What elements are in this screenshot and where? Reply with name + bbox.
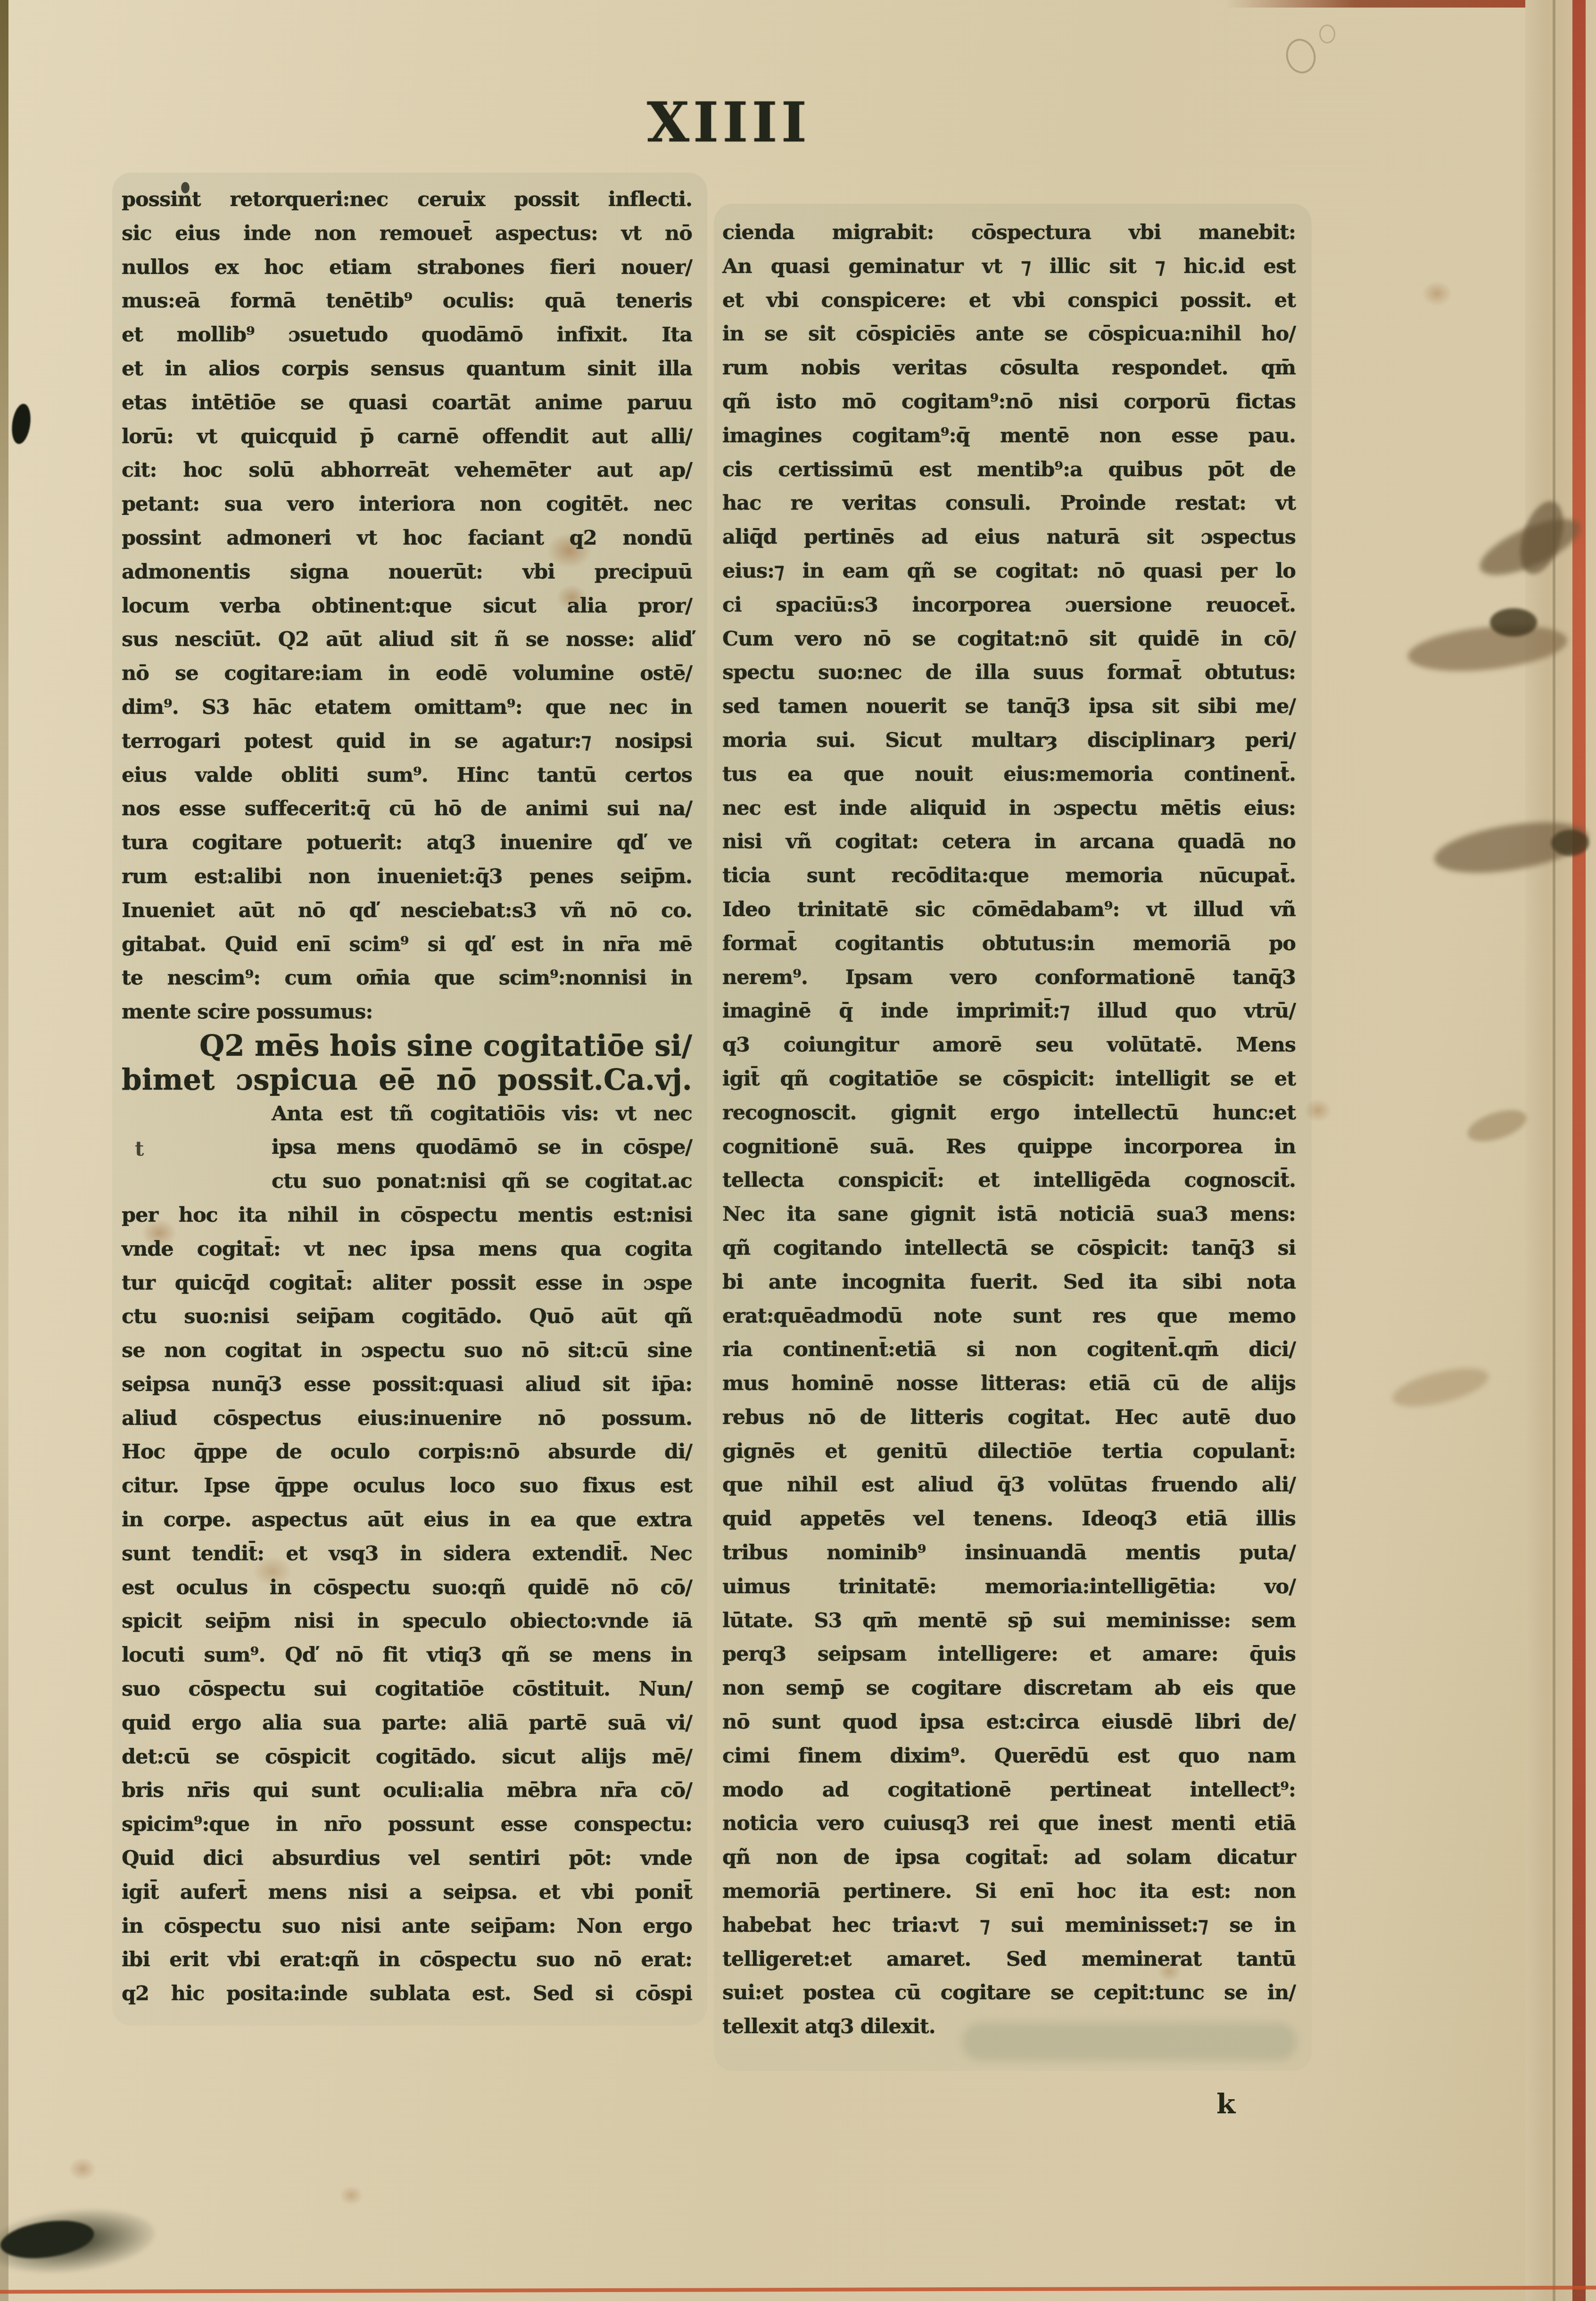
text-line: ctu suo ponat:nisi qñ se cogitat.ac <box>122 1165 692 1199</box>
text-line: spectu suo:nec de illa suus format̄ obtu… <box>722 656 1296 690</box>
text-line: ticia sunt recōdita:que memoria nūcupat̄… <box>722 859 1296 893</box>
text-line: et vbi conspicere: et vbi conspici possi… <box>722 284 1296 318</box>
text-line: mus:eā formā tenētib⁹ oculis: quā teneri… <box>122 284 692 318</box>
text-line: format̄ cogitantis obtutus:in memoriā po <box>722 927 1296 961</box>
text-line: qñ isto mō cogitam⁹:nō nisi corporū fict… <box>722 385 1296 419</box>
text-line: rum est:alibi non inueniet:q̄3 penes sei… <box>122 860 692 894</box>
text-line: gitabat. Quid enī scim⁹ si qď est in nr̄… <box>122 928 692 962</box>
text-line: cimi finem dixim⁹. Querēdū est quo nam <box>722 1739 1296 1773</box>
text-line: cognitionē suā. Res quippe incorporea in <box>722 1130 1296 1164</box>
text-line: telligeret:et amaret. Sed meminerat tant… <box>722 1943 1296 1977</box>
text-line: possint retorqueri:nec ceruix possit inf… <box>122 183 692 217</box>
text-line: quid ergo alia sua parte: aliā partē suā… <box>122 1706 692 1740</box>
text-line: Hoc q̄ppe de oculo corpis:nō absurde di/ <box>122 1435 692 1469</box>
stain <box>339 2185 363 2205</box>
text-line: admonentis signa nouerūt: vbi precipuū <box>122 555 692 589</box>
text-line: eius valde obliti sum⁹. Hinc tantū certo… <box>122 759 692 793</box>
text-line: locum verba obtinent:que sicut alia pror… <box>122 589 692 623</box>
text-line: tur quicq̄d cogitat̄: aliter possit esse… <box>122 1266 692 1300</box>
text-line: nullos ex hoc etiam strabones fieri noue… <box>122 251 692 285</box>
text-line: petant: sua vero interiora non cogitēt. … <box>122 488 692 521</box>
ring-mark <box>1282 36 1319 77</box>
text-line: non semp̄ se cogitare discretam ab eis q… <box>722 1672 1296 1705</box>
text-line: erat:quēadmodū note sunt res que memo <box>722 1299 1296 1333</box>
text-line: ipsa mens quodāmō se in cōspe/ <box>122 1131 692 1165</box>
text-line: que nihil est aliud q̄3 volūtas fruendo … <box>722 1468 1296 1502</box>
text-line: et mollib⁹ ɔsuetudo quodāmō infixit. Ita <box>122 318 692 352</box>
binding-edge-left <box>0 0 8 2301</box>
fore-edge-pages <box>1525 0 1596 2301</box>
text-line: tellecta conspicit̄: et intelligēda cogn… <box>722 1164 1296 1198</box>
text-line: aliud cōspectus eius:inuenire nō possum. <box>122 1402 692 1436</box>
text-line: sic eius inde non remouet̄ aspectus: vt … <box>122 217 692 251</box>
text-line: bimet ɔspicua eē nō possit.Ca.vj. <box>122 1063 692 1097</box>
text-line: vnde cogitat̄: vt nec ipsa mens qua cogi… <box>122 1233 692 1266</box>
text-line: det:cū se cōspicit cogitādo. sicut alijs… <box>122 1740 692 1774</box>
text-line: Cum vero nō se cogitat:nō sit quidē in c… <box>722 622 1296 656</box>
text-line: dim⁹. S3 hāc etatem omittam⁹: que nec in <box>122 691 692 725</box>
text-line: ria continent̄:etiā si non cogitent̄.qm̄… <box>722 1333 1296 1367</box>
stain <box>68 2157 97 2181</box>
text-line: in corpe. aspectus aūt eius in ea que ex… <box>122 1503 692 1537</box>
text-line: te nescim⁹: cum om̄ia que scim⁹:nonnisi … <box>122 961 692 995</box>
text-line: possint admoneri vt hoc faciant q2 nondū <box>122 521 692 555</box>
text-line: et in alios corpis sensus quantum sinit … <box>122 352 692 386</box>
book-page-scan: XIIII possint retorqueri:nec ceruix poss… <box>0 0 1596 2301</box>
margin-smudge-core <box>1551 830 1589 856</box>
stain <box>1304 1099 1332 1122</box>
text-line: nec est inde aliquid in ɔspectu mētis ei… <box>722 792 1296 826</box>
margin-smudge <box>1464 1104 1530 1147</box>
text-line: tus ea que nouit eius:memoria continent̄… <box>722 758 1296 792</box>
margin-guide-letter: t <box>135 1137 144 1160</box>
text-line: nō sunt quod ipsa est:circa eiusdē libri… <box>722 1705 1296 1739</box>
text-line: tellexit atq3 dilexit. <box>722 2010 1296 2044</box>
text-line: memoriā pertinere. Si enī hoc ita est: n… <box>722 1875 1296 1909</box>
text-line: mente scire possumus: <box>122 995 692 1029</box>
text-line: sunt tendit̄: et vsq3 in sidera extendit… <box>122 1537 692 1571</box>
margin-smudge <box>1389 1361 1492 1415</box>
text-column-left: possint retorqueri:nec ceruix possit inf… <box>122 183 692 2011</box>
text-line: nisi vñ cogitat: cetera in arcana quadā … <box>722 825 1296 859</box>
margin-smudge-core <box>1490 608 1537 637</box>
ring-mark <box>1319 25 1335 43</box>
text-line: igit̄ aufert̄ mens nisi a seipsa. et vbi… <box>122 1876 692 1910</box>
text-line: hac re veritas consuli. Proinde restat: … <box>722 487 1296 521</box>
text-line: per hoc ita nihil in cōspectu mentis est… <box>122 1199 692 1233</box>
text-line: sus nesciūt. Q2 aūt aliud sit ñ se nosse… <box>122 623 692 657</box>
text-line: noticia vero cuiusq3 rei que inest menti… <box>722 1807 1296 1841</box>
text-line: rum nobis veritas cōsulta respondet. qm̄ <box>722 351 1296 385</box>
text-line: ctu suo:nisi seip̄am cogitādo. Quō aūt q… <box>122 1300 692 1334</box>
stain <box>1422 281 1452 306</box>
text-line: recognoscit. gignit ergo intellectū hunc… <box>722 1096 1296 1130</box>
fore-edge-crease <box>1553 0 1555 2301</box>
text-line: nō se cogitare:iam in eodē volumine ostē… <box>122 657 692 691</box>
text-line: in se sit cōspiciēs ante se cōspicua:nih… <box>722 317 1296 351</box>
text-line: gignēs et genitū dilectiōe tertia copula… <box>722 1435 1296 1469</box>
text-line: rebus nō de litteris cogitat. Hec autē d… <box>722 1401 1296 1435</box>
scan-bed-bottom <box>0 2259 1596 2301</box>
signature-mark: k <box>1216 2088 1235 2120</box>
text-line: nerem⁹. Ipsam vero conformationē tanq̄3 <box>722 961 1296 995</box>
text-line: modo ad cogitationē pertineat intellect⁹… <box>722 1773 1296 1807</box>
text-line: q2 hic posita:inde sublata est. Sed si c… <box>122 1977 692 2011</box>
text-line: Anta est tñ cogitatiōis vis: vt nec <box>122 1097 692 1131</box>
text-line: terrogari potest quid in se agatur:⁊ nos… <box>122 725 692 759</box>
text-line: qñ cogitando intellectā se cōspicit: tan… <box>722 1232 1296 1266</box>
text-line: mus hominē nosse litteras: etiā cū de al… <box>722 1367 1296 1401</box>
folio-number: XIIII <box>647 91 810 155</box>
text-line: nos esse suffecerit:q̄ cū hō de animi su… <box>122 792 692 826</box>
text-line: spicit seip̄m nisi in speculo obiecto:vn… <box>122 1605 692 1639</box>
text-line: locuti sum⁹. Qď nō fit vtiq3 qñ se mens … <box>122 1639 692 1672</box>
text-line: Nec ita sane gignit istā noticiā sua3 me… <box>722 1198 1296 1232</box>
text-line: aliq̄d pertinēs ad eius naturā sit ɔspec… <box>722 521 1296 555</box>
text-line: moria sui. Sicut multarȝ disciplinarȝ pe… <box>722 724 1296 758</box>
text-line: ci spaciū:s3 incorporea ɔuersione reuoce… <box>722 588 1296 622</box>
text-line: uimus trinitatē: memoria:intelligētia: v… <box>722 1570 1296 1604</box>
text-line: imagines cogitam⁹:q̄ mentē non esse pau. <box>722 419 1296 453</box>
text-line: sed tamen nouerit se tanq̄3 ipsa sit sib… <box>722 690 1296 724</box>
text-line: lorū: vt quicquid p̄ carnē offendit aut … <box>122 420 692 454</box>
text-line: seipsa nunq̄3 esse possit:quasi aliud si… <box>122 1368 692 1402</box>
text-line: suo cōspectu sui cogitatiōe cōstituit. N… <box>122 1672 692 1706</box>
ink-blot <box>9 403 33 445</box>
text-line: etas intētiōe se quasi coartāt anime par… <box>122 386 692 420</box>
text-column-right: cienda migrabit: cōspectura vbi manebit:… <box>722 216 1296 2044</box>
text-line: habebat hec tria:vt ⁊ sui meminisset:⁊ s… <box>722 1909 1296 1943</box>
text-line: An quasi geminatur vt ⁊ illic sit ⁊ hic.… <box>722 250 1296 284</box>
text-line: bi ante incognita fuerit. Sed ita sibi n… <box>722 1266 1296 1299</box>
text-line: cit: hoc solū abhorreāt vehemēter aut ap… <box>122 454 692 488</box>
text-line: cis certissimū est mentib⁹:a quibus pōt … <box>722 453 1296 487</box>
text-line: Quid dici absurdius vel sentiri pōt: vnd… <box>122 1842 692 1876</box>
text-line: tribus nominib⁹ insinuandā mentis puta/ <box>722 1536 1296 1570</box>
text-line: est oculus in cōspectu suo:qñ quidē nō c… <box>122 1571 692 1605</box>
text-line: eius:⁊ in eam qñ se cogitat: nō quasi pe… <box>722 555 1296 588</box>
text-line: bris nr̄is qui sunt oculi:alia mēbra nr̄… <box>122 1774 692 1808</box>
text-line: perq3 seipsam intelligere: et amare: q̄u… <box>722 1638 1296 1672</box>
text-line: citur. Ipse q̄ppe oculus loco suo fixus … <box>122 1469 692 1503</box>
text-line: Ideo trinitatē sic cōmēdabam⁹: vt illud … <box>722 893 1296 927</box>
text-line: Q2 mēs hois sine cogitatiōe si/ <box>122 1029 692 1063</box>
text-line: quid appetēs vel tenens. Ideoq3 etiā ill… <box>722 1502 1296 1536</box>
text-line: q3 coiungitur amorē seu volūtatē. Mens <box>722 1028 1296 1062</box>
text-line: se non cogitat in ɔspectu suo nō sit:cū … <box>122 1334 692 1368</box>
fore-edge-red-stain <box>1572 0 1586 2301</box>
text-line: qñ non de ipsa cogitat̄: ad solam dicatu… <box>722 1841 1296 1875</box>
text-line: spicim⁹:que in nr̄o possunt esse conspec… <box>122 1808 692 1842</box>
text-line: ibi erit vbi erat:qñ in cōspectu suo nō … <box>122 1943 692 1977</box>
text-line: sui:et postea cū cogitare se cepit:tunc … <box>722 1976 1296 2010</box>
text-line: tura cogitare potuerit: atq3 inuenire qď… <box>122 826 692 860</box>
text-line: Inueniet aūt nō qď nesciebat:s3 vñ nō co… <box>122 894 692 928</box>
text-line: imaginē q̄ inde imprimit̄:⁊ illud quo vt… <box>722 994 1296 1028</box>
text-line: cienda migrabit: cōspectura vbi manebit: <box>722 216 1296 250</box>
text-line: lūtate. S3 qm̄ mentē sp̄ sui meminisse: … <box>722 1604 1296 1638</box>
text-line: igit̄ qñ cogitatiōe se cōspicit: intelli… <box>722 1062 1296 1096</box>
text-line: in cōspectu suo nisi ante seip̄am: Non e… <box>122 1910 692 1944</box>
